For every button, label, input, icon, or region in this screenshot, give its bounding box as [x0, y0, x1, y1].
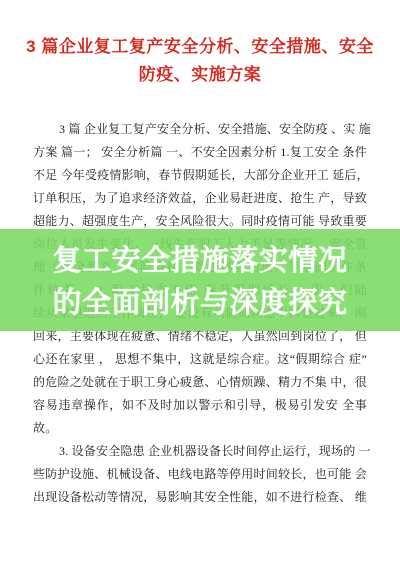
overlay-title-line1: 复工安全措施落实情况 — [0, 240, 400, 282]
body-text-line: 的危险之处就在于职工身心疲惫、心情烦躁、精力不集 中，很 — [33, 371, 367, 394]
body-text-line: 出现设备松动等情况，易影响其安全性能，如不进行检查、 维 — [33, 486, 367, 509]
document-title: 3 篇企业复工复产安全分析、安全措施、安全 防疫、实施方案 — [0, 33, 400, 89]
document-title-line1: 3 篇企业复工复产安全分析、安全措施、安全 — [0, 33, 400, 61]
overlay-title-line2: 的全面剖析与深度探究 — [0, 282, 400, 324]
body-text-line: 3. 设备安全隐患 企业机器设备长时间停止运行，现场的 一 — [33, 440, 367, 463]
body-text-line: 订单积压，为了追求经济效益，企业易赶进度、抢生 产，导致 — [33, 187, 367, 210]
document-page: 3 篇企业复工复产安全分析、安全措施、安全 防疫、实施方案 3 篇 企业复工复产… — [0, 0, 400, 565]
body-text-line: 3 篇 企业复工复产安全分析、安全措施、安全防疫 、实 施 — [33, 118, 367, 141]
body-text-line: 容易违章操作，如不及时加以警示和引导，极易引发安 全事 — [33, 394, 367, 417]
document-title-line2: 防疫、实施方案 — [0, 61, 400, 89]
overlay-title: 复工安全措施落实情况 的全面剖析与深度探究 — [0, 229, 400, 331]
body-text-line: 心还在家里 ， 思想不集中，这就是综合症。这“假期综合 症” — [33, 348, 367, 371]
body-text-line: 些防护设施、机械设备、电线电路等停用时间较长，也可能 会 — [33, 463, 367, 486]
body-text-line: 故。 — [33, 417, 367, 440]
body-text-line: 方案 篇一； 安全分析篇 一、不安全因素分析 1.复工安全 条件 — [33, 141, 367, 164]
body-text-line: 不足 今年受疫情影响，春节假期延长，大部分企业开工 延后， — [33, 164, 367, 187]
